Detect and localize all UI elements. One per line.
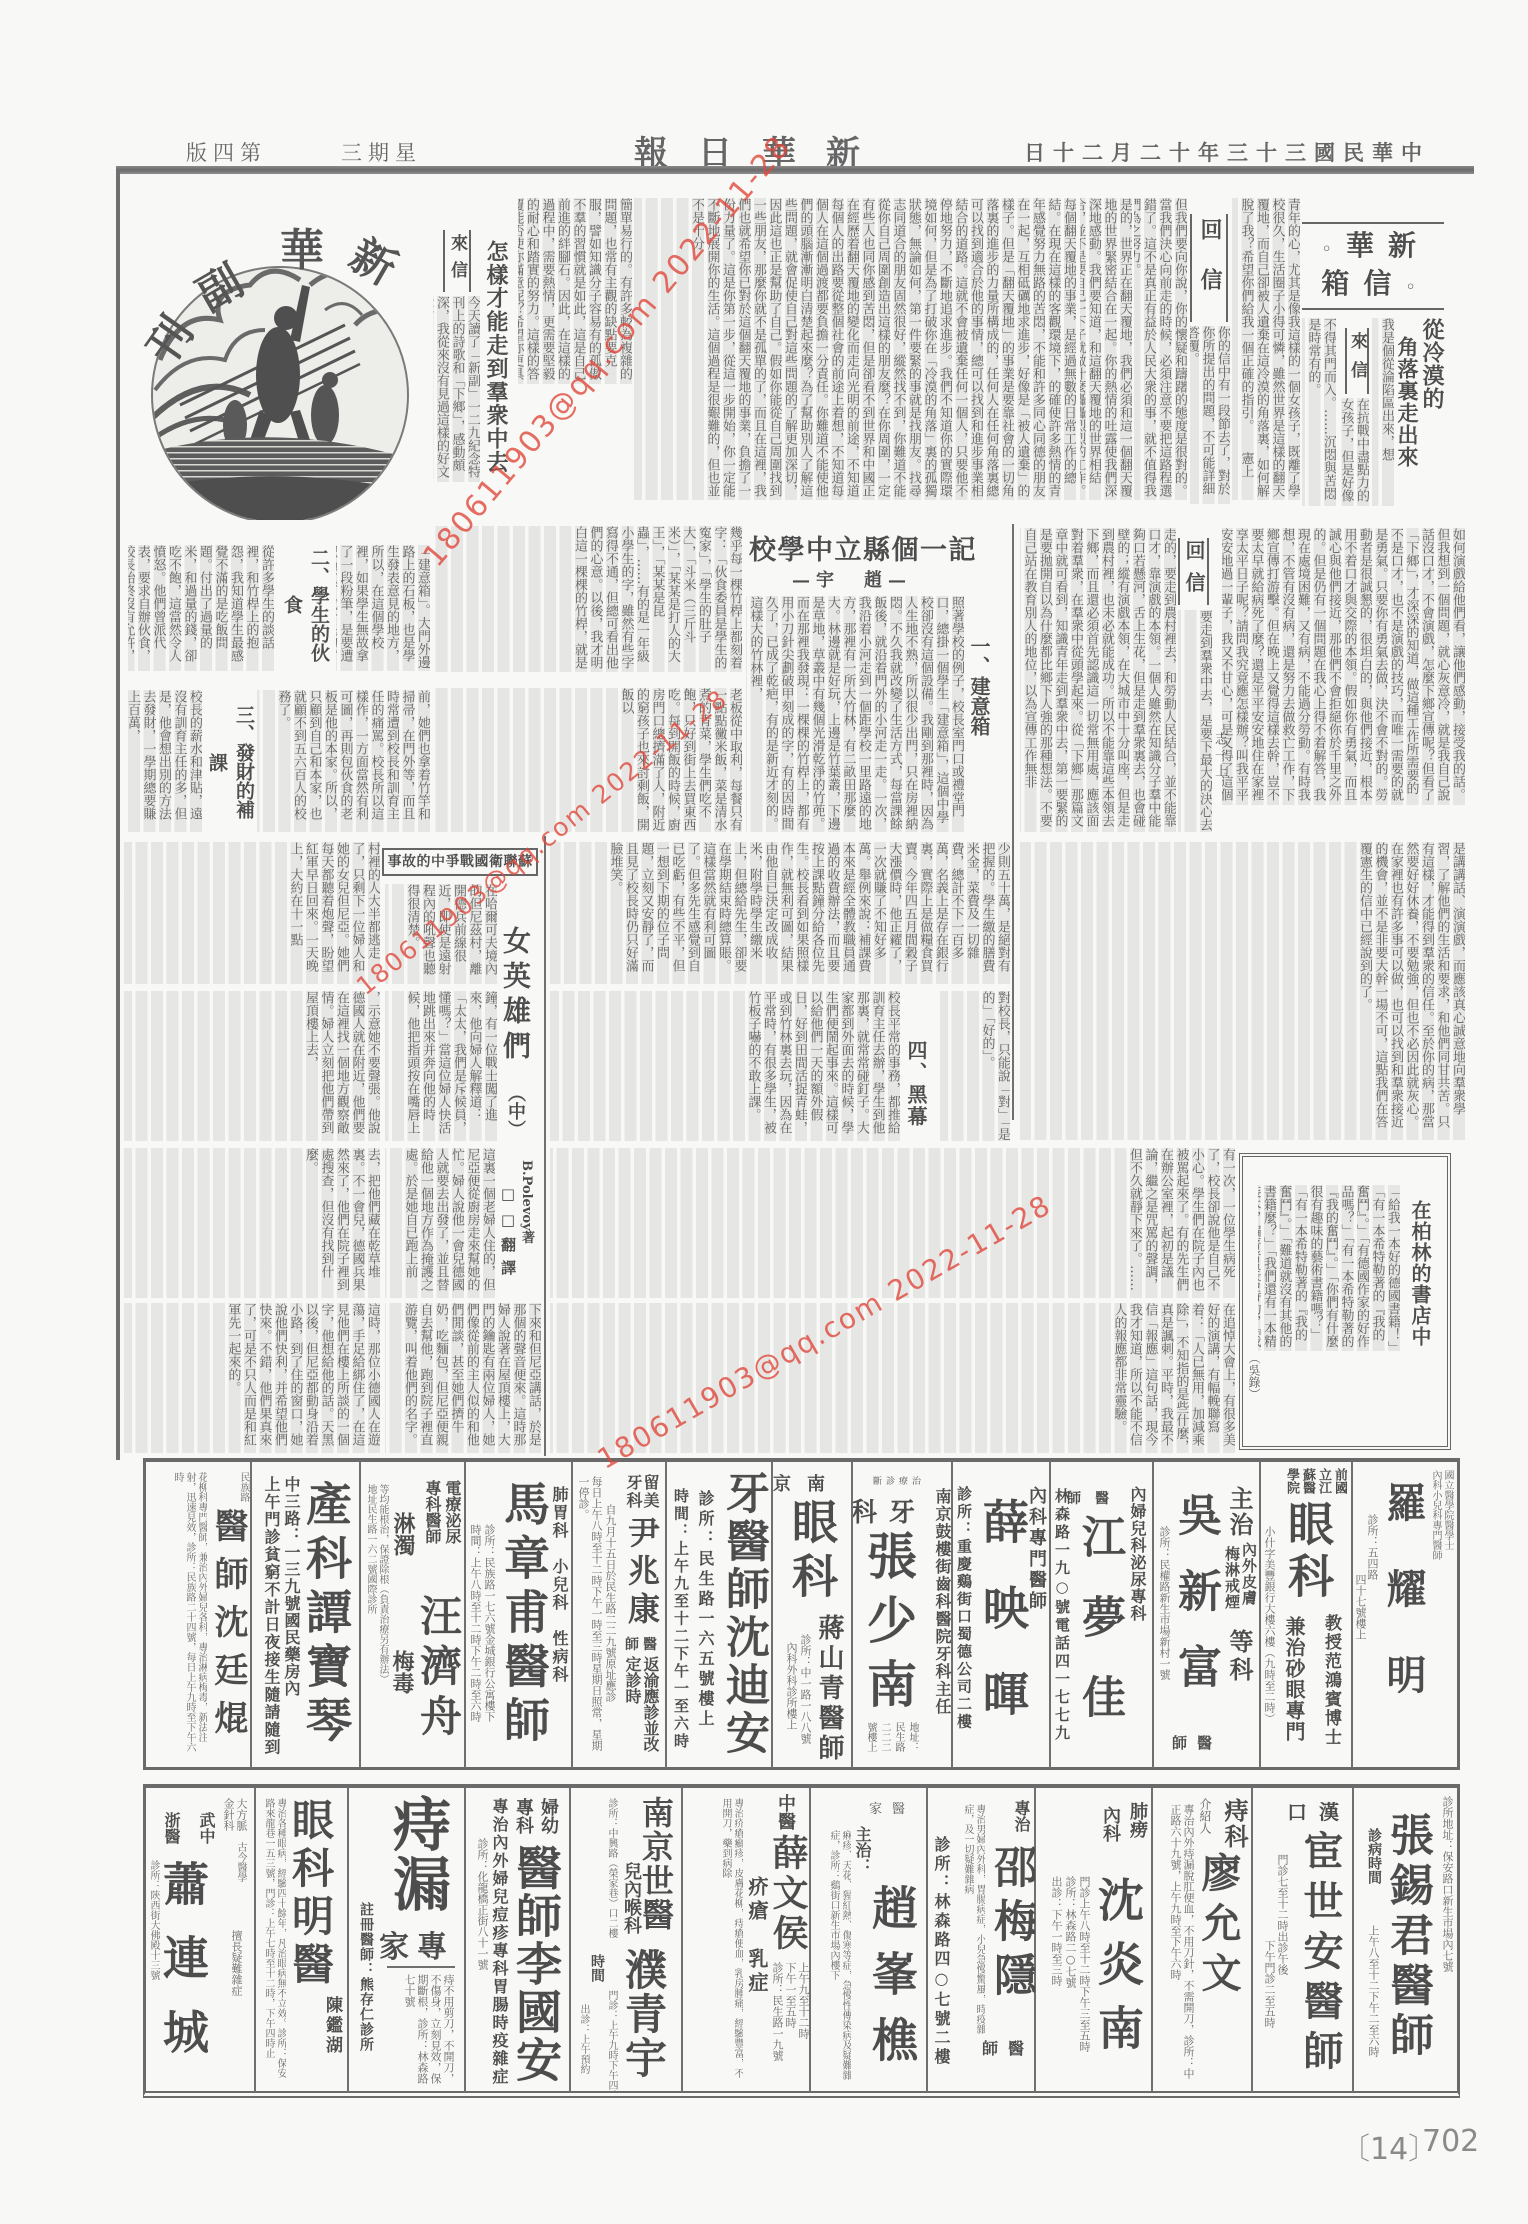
edition-label: 第四版 xyxy=(183,137,267,167)
ad-wang-jizhou: 電療泌尿 專科醫師 淋濁 汪濟舟 梅毒 等均能根治，保證除根（負責治療另有辦法）… xyxy=(361,1464,465,1766)
ad-address: 內科外科診所樓上 xyxy=(785,1642,798,1730)
ad-specialty: 主治 xyxy=(1226,1486,1252,1538)
school-article-byline: —趙 宇— xyxy=(790,566,914,592)
ad-notice: 專治疥瘡癬疹，皮膚花柳，痔瘡便血，乳房腫痛，經驗豐富，不用開刀，藥到病除 xyxy=(687,1798,743,2086)
issue-date: 中華民國三十三年十二月二十日 xyxy=(1020,137,1430,167)
school-text-block: 前，她們也拿着竹竿和掃帚，在門外等，而且時常遭到校長和訓育主任的痛罵。校長所以這… xyxy=(257,690,430,832)
ad-doctor-name: 沈炎南 xyxy=(1094,1876,1142,2068)
bookstore-title: 在柏林的書店中 xyxy=(1409,1200,1431,1347)
ad-address: 診所：陝西街大佛殿十三號 xyxy=(147,1860,159,1980)
mailbox-heading-decor: ◦ xyxy=(1321,239,1346,260)
ad-specialty-label: 主治： xyxy=(853,1826,871,1874)
ad-specialty: 專科 xyxy=(513,1798,533,1834)
weekday-label: 星期三 xyxy=(338,137,422,167)
ad-doctor-name: 醫師沈廷焜 xyxy=(210,1508,246,1748)
letter1-reply-part3: 是的，世界正在翻天覆地，我們必須和這一個翻天覆地的世界緊密結合在一起。你的熱情的… xyxy=(1080,198,1132,500)
ad-specialty: 兒內喉科 xyxy=(621,1862,641,1934)
letter2-text: 如何演戲給他們看，讓他們感動，接受我的話。但我想到一個問題，就心灰意冷，就是我自… xyxy=(1222,528,1465,805)
story-text-block: 鐘，有一位戰士闖了進來，他向婦人解釋道：「太太，我們是斥候員，懂嗎？」當這位婦人… xyxy=(385,991,497,1141)
ad-hours: 門診上午八時至十二時下午三至五時 xyxy=(1078,1876,1091,2052)
ad-li-guoan: 婦幼 專科 醫師李國安 專治內外婦兒痘疹專科胃腸時疫雜症 診所：化龍橋正街八十一… xyxy=(466,1790,570,2092)
ad-shen-tingkun: 民族路 醫師沈廷焜 花柳科專門醫師，兼治內外婦兒各科，專治淋病梅毒，新法注射，迅… xyxy=(146,1464,251,1766)
ad-specialty: 等科 xyxy=(1226,1629,1252,1685)
ad-liao-yunwen: 痔科 介紹人 廖允文 專治內外痔漏脫肛便血，不用刀針，不需開刀，診所：中正路六十… xyxy=(1153,1790,1252,2092)
ad-hemorrhoid-specialist: 痔漏 專家 註冊醫師：熊存仁診所 痔不用剪刀，不開刀，不傷身，立刻見效，保期斷根… xyxy=(349,1790,465,2092)
ad-specialty-label: 專治 xyxy=(1012,1800,1030,1832)
ad-doctor-name: 產科譚寶琴 xyxy=(302,1480,350,1750)
ad-title-prefix: 教授 xyxy=(1321,1614,1341,1652)
school-text-block: 從許多學生的談話裡，和竹桿上的抱怨，我知道學生最感覺不滿的是吃飯問題。付出了過量… xyxy=(128,545,274,671)
letter1-label: 來信 xyxy=(1345,328,1369,394)
school-text-block: 照著學校的例子，校長室門口或禮堂門口，總掛一個學生「建意箱」，這個中學校卻沒有這… xyxy=(746,596,964,832)
ad-address: 診所：中興路（榮家巷）口二樓 xyxy=(605,1798,617,1938)
letter2-title: 怎樣才能走到羣衆中去 xyxy=(482,240,510,474)
school-heading-2: 二、學生的伙食 xyxy=(276,546,332,663)
ad-specialty: 疥瘡 乳症 xyxy=(746,1876,768,1996)
ad-shen-yannan: 肺痨 內科 沈炎南 門診上午八時至十二時下午三至五時 診所：林森路二○七號 出診… xyxy=(1036,1790,1152,2092)
ad-specialty: 專科醫師 xyxy=(423,1480,441,1544)
logo-char-2: 華 xyxy=(280,225,324,276)
letter1-reply-part2: 但我們要向你說，你的懷疑和躊躇的態度是很對的。當我們決心向前走的時候，必須注意不… xyxy=(1134,198,1187,500)
ad-address: 診所：林森路二○七號 xyxy=(1064,1876,1077,1988)
ad-address: 診所：民生路一九號 xyxy=(771,1962,784,2061)
ad-address: 診所：化龍橋正街八十一號 xyxy=(476,1838,489,1970)
ad-hours: 門診七至十二時出診午後 xyxy=(1276,1854,1289,1975)
ad-hours: 時間：上午九至十二下午一至六時 xyxy=(672,1488,689,1751)
ad-city: 南京 xyxy=(787,1470,841,1496)
ad-address: 診所：林森路四○七號二樓 xyxy=(932,1836,950,2067)
mailbox-heading-bottom: 信箱 xyxy=(1321,267,1405,300)
ad-tan-baoqin: 產科譚寶琴 中三路：一三九號國民藥房內 上午門診貧窮不計日夜接生隨請隨到 xyxy=(252,1464,360,1766)
ad-doctor-name: 張錫君醫師 xyxy=(1384,1812,1430,2062)
ad-doctor-name: 張少南 xyxy=(862,1530,914,1722)
ad-specialty: 大方脈金針科 xyxy=(220,1798,248,1834)
ad-specialty: 痔科 xyxy=(1221,1798,1247,1850)
school-text-block: 幾乎每一棵竹桿上都刻着字：「伙食委員是學生的寃家」，「學生的肚子大」，「斗米（三… xyxy=(434,526,742,672)
ad-title-suffix: 博士 xyxy=(1321,1709,1341,1747)
ad-address: 診所：中一路一八八號 xyxy=(799,1634,812,1744)
ad-notice: 專治各種眼病，經驗四十餘年，凡治眼病無不立效。診所：保安路來龍巷一五三號，門診：… xyxy=(258,1798,286,2086)
school-text-block: 「建意箱」。大門外邊路上的石板，也是學生發表意見的地方，所以，在這個學校裡，如果… xyxy=(336,545,430,671)
ad-credential: 留美 xyxy=(641,1474,659,1510)
ad-doctor-name: 陳鑑湖 xyxy=(322,1996,341,2056)
ad-pu-qingyu: 南京世醫 兒內喉科 濮青宇 診所：中興路（榮家巷）口二樓 時間 門診：上午九時下… xyxy=(571,1790,682,2092)
ad-credential: 中醫 xyxy=(775,1794,795,1830)
ad-doctor-name: 江夢佳 xyxy=(1076,1514,1122,1754)
ad-fan-hongbin: 前國立江蘇醫學院 眼科 教授范鴻賓博士 兼治砂眼專門 小什字美豐銀行大樓六樓（九… xyxy=(1261,1464,1352,1766)
letter2-reply-part3: 是講講話、演演戲，而應該真心誠意地向羣衆學習，了解他們的生活和要求，和他們同甘共… xyxy=(1020,842,1465,1140)
ad-notice: 專治內外婦兒痘疹專科胃腸時疫雜症 xyxy=(490,1798,508,2086)
letter1-reply-part1: 你的信中有一段節去了，對於你所提出的問題，不可能詳細答覆。 xyxy=(1190,326,1230,504)
ad-credential: 南京世醫 xyxy=(639,1796,673,1932)
ad-specialty: 梅毒 xyxy=(390,1650,414,1694)
ad-hours: 門診：上午九時下午四時 xyxy=(605,1990,617,2092)
ad-specialty: 眼科明醫 xyxy=(288,1798,332,1990)
letter2-reply-label: 回信 xyxy=(1178,538,1209,605)
ad-hours: 出診：上午預約 xyxy=(577,2004,589,2074)
ad-chen-jianhu: 眼科明醫 陳鑑湖 專治各種眼病，經驗四十餘年，凡治眼病無不立效。診所：保安路來龍… xyxy=(256,1790,348,2092)
ad-doctor-name: 濮青宇 xyxy=(621,1948,665,2080)
ad-doctor-name: 邵梅隱 xyxy=(988,1844,1034,2006)
ad-doctor-name: 薛映暉 xyxy=(979,1498,1027,1756)
ad-doctor-name: 汪濟舟 xyxy=(416,1594,460,1744)
ad-specialty: 專家 xyxy=(387,1922,455,1966)
ad-jiang-mengjia: 醫師 內婦兒科泌尿專科 江夢佳 林森路一九○號電話四一七七九 xyxy=(1051,1464,1153,1766)
school-heading-4: 四、黑幕 xyxy=(904,1040,928,1128)
ad-specialty: 淋濁 xyxy=(391,1512,415,1556)
ad-hours-label: 診病時間 xyxy=(1366,1828,1382,1884)
ad-wu-xinfu: 主治 內外皮膚 梅淋戒煙 等科 吳新富 醫師 診所：民權路新生市場新村一號 xyxy=(1154,1464,1260,1766)
school-text-block: 對校長，只能說「對」「是的」「好的」。 xyxy=(940,991,1010,1141)
ad-rule xyxy=(387,1966,455,1968)
bookstore-box: 在柏林的書店中 「給我一本好的德國書籍！」「有一本希特勒著的『我的奮鬥』。」「有… xyxy=(1239,1153,1451,1450)
ad-address: 診所：民權路新生市場新村一號 xyxy=(1158,1526,1171,1680)
ad-doctor-name: 尹兆康 xyxy=(625,1516,659,1630)
ad-hours: 每日上午八時至十二時下午一時至三時星期日照常，星期一停診。 xyxy=(577,1476,603,1756)
ad-tagline: 治療診斷 xyxy=(873,1474,925,1487)
ad-zhao-fengqiao: 醫家 主治： 趙峯樵 痳疹、天花、猩紅熱、傷寒等症，急慢性傳染病及疑難雜症，診所… xyxy=(811,1790,927,2092)
ad-credential: 武中 xyxy=(197,1812,215,1844)
ad-specialty: 兼治砂眼專門 xyxy=(1283,1616,1305,1742)
ad-zhang-xijun: 診所地址：保安路口新生市場內七號 張錫君醫師 診病時間 上午八至十二下午二至六時 xyxy=(1354,1790,1457,2092)
ad-specialty: 電療泌尿 xyxy=(443,1480,461,1544)
ad-xue-wenhou: 中醫 薛文侯 上午九至十二時 下午一至五時 診所：民生路一九號 疥瘡 乳症 專治… xyxy=(683,1790,810,2092)
ad-tagline: 古今醫學 xyxy=(234,1842,246,1882)
ad-notice: 自九月十五日於民生路二二九號原址應診 xyxy=(604,1504,617,1702)
school-article-title: 記一個縣立中學校 xyxy=(745,528,977,567)
ad-zhang-shaonan: 治療診斷 牙科 張少南 南京鼓樓街齒科醫院牙科主任 地址：民生路二二二號樓上 xyxy=(853,1464,952,1766)
ad-doctor-name: 范鴻賓 xyxy=(1321,1652,1341,1709)
ad-credential: 國立醫學院醫學士 xyxy=(1441,1470,1453,1550)
ad-doctor-name: 蕭連城 xyxy=(159,1860,207,2082)
ad-jiang-shanqing: 南京 眼科 蔣山青醫師 診所：中一路一八八號 內科外科診所樓上 xyxy=(773,1464,852,1766)
ad-hours: 出診：下午一時至三時 xyxy=(1050,1876,1063,1986)
ad-address: 中三路：一三九號國民藥房內 xyxy=(282,1476,300,1697)
ad-address: 民族路 xyxy=(237,1472,249,1502)
ad-xue-yinghui: 內科專門醫師 薛映暉 診所：重慶鷄街口蜀德公司二樓 xyxy=(953,1464,1050,1766)
ad-specialty: 肺痨 xyxy=(1127,1802,1147,1838)
ad-specialty: 內科 xyxy=(1100,1806,1120,1842)
story-translator: □□翻譯 xyxy=(499,1185,516,1283)
ad-referrer-label: 介紹人 xyxy=(1198,1798,1212,1834)
ad-hours-label: 時間 xyxy=(589,1954,605,1982)
mailbox-heading-row2: ◦信箱 xyxy=(1321,268,1430,304)
ad-title: 醫師 xyxy=(990,2036,1034,2059)
ad-hours: 時間：上午八時至十二時下午二時至六時 xyxy=(469,1524,482,1722)
ad-doctor-name: 羅耀明 xyxy=(1382,1482,1424,1740)
ad-credential: 前國立江蘇醫學院 xyxy=(1283,1468,1347,1496)
newspaper-page: 第四版 星期三 新華日報 中華民國三十三年十二月二十日 xyxy=(0,0,1528,2224)
letter2-intro: 今天讀了「新副」一二九紀念特刊上的詩歌和「下鄉」，感動頗深，我從來沒有見過這樣的… xyxy=(433,296,480,482)
ad-specialty: 眼科 xyxy=(1284,1500,1332,1604)
letter1-text-part3: 不得其門而入。……沉悶與苦悶是時常有的。 xyxy=(1302,318,1336,506)
column-rule xyxy=(544,836,546,1456)
ad-specialty: 肺胃科 小兒科 性病科 xyxy=(550,1486,568,1684)
letter1-text-part1: 我是個從淪陷區出來，想 xyxy=(1372,318,1394,506)
story-part: （中） xyxy=(505,1084,525,1138)
story-text-block: 這時，那位小德國人在遊蕩，手足給綁住了，在這見他們在樓上所談的一個字，他想給他的… xyxy=(124,1303,380,1453)
ad-doctor-name: 牙醫師沈迪安 xyxy=(720,1470,766,1758)
ad-specialty: 牙科 xyxy=(624,1474,642,1510)
mailbox-heading-row1: 新華◦ xyxy=(1321,230,1430,266)
ad-title: 醫師 xyxy=(625,1634,661,1654)
ad-notice: 返渝應診並改定診時 xyxy=(623,1656,659,1756)
letter2-reply-part2: 走的，要走到農村裡去，和勞動人民結合，並不能靠口才，靠演戲的本領。一個人雖然在知… xyxy=(1020,528,1176,832)
ad-doctor-name: 薛文侯 xyxy=(769,1834,807,1954)
ad-notice: 痔不用剪刀，不開刀，不傷身，立刻見效，保期斷根，診所：林森路七十號 xyxy=(387,1974,455,2084)
ad-address: 診所：重慶鷄街口蜀德公司二樓 xyxy=(955,1486,972,1731)
bookstore-text: 「給我一本好的德國書籍！」「有一本希特勒著的『我的奮鬥』。」「有德國作家的好作品… xyxy=(1258,1185,1400,1351)
letter2-label: 來信 xyxy=(443,230,471,292)
ad-specialty: 婦幼 xyxy=(538,1798,558,1834)
ad-shao-meiyin: 專治 邵梅隱 醫師 專治男婦內外科，胃腸病症，小兒急慢驚風，時疫雜症，及一切疑難… xyxy=(928,1790,1035,2092)
letter2-reply-part1: 要走到羣衆中去，是要下最大的決心去 xyxy=(1178,610,1212,832)
ad-credential: 南京鼓樓街齒科醫院牙科主任 xyxy=(933,1488,951,1716)
ad-hours: 下午一至五時 xyxy=(784,1962,797,2028)
school-heading-1: 一、建意箱 xyxy=(968,636,990,736)
school-text-block: 校長的薪水和津貼，遠沒有訓育主任的多，但是，他會想出別的方法去發財，一學期總要賺… xyxy=(128,690,202,832)
story-text-block: 這裏一個老婦人住的，但尼亞便從廚房走來幫她的忙。婦人說他一會兒德國人就要去出發了… xyxy=(385,1148,495,1298)
story-text-block: 去，把他們藏在乾草堆裏。不一會兒，德國兵果然來了，他們在院子裡到處搜查，但沒有找… xyxy=(124,1148,380,1298)
mailbox-heading-decor: ◦ xyxy=(1405,277,1430,298)
supplement-logo: 刊 副 華 新 xyxy=(140,190,430,520)
letter1-reply-label: 回信 xyxy=(1190,214,1228,322)
ad-address: 林森路一九○號電話四一七七九 xyxy=(1053,1488,1070,1743)
school-text-block: 少則五十萬，是絕對有把握的。學生繳的膳費米金，菜費及一切雜費，總計不下一百多萬，… xyxy=(550,842,1010,984)
letter1-text-part2: 在抗戰中盡點力的女孩子，但是好像 xyxy=(1338,398,1369,506)
ad-address: 地址：民生路二二二號樓上 xyxy=(861,1722,919,1756)
school-heading-3: 三、發財的補課 xyxy=(203,703,257,821)
ad-notice: 上午門診貧窮不計日夜接生隨請隨到 xyxy=(262,1476,280,1756)
ad-notice: 專治內外痔漏脫肛便血，不用刀針，不需開刀，診所：中正路六十九號，上午九時至下午六… xyxy=(1157,1804,1195,2084)
ad-luo-yaoming: 國立醫學院醫學士 內科小兒科專門醫師 羅耀明 診所：五四路 四十七號樓上 xyxy=(1353,1464,1457,1766)
ad-title: 醫師 xyxy=(1079,1488,1123,1508)
school-text-block: 校長平常的事務，都推給訓育主任去辦，學生到他那裏，就常常碰釘子。大家都到外面去的… xyxy=(550,991,900,1141)
page-number: 702 xyxy=(1422,2124,1479,2159)
ad-shen-dian: 牙醫師沈迪安 診所：民生路一六五號樓上 時間：上午九至十二下午一至六時 xyxy=(667,1464,772,1766)
ad-doctor-name: 醫師李國安 xyxy=(512,1844,560,2084)
column-rule xyxy=(1012,524,1014,1120)
mailbox-heading-box: 新華◦ ◦信箱 xyxy=(1302,222,1444,310)
letter2-signature: 志一上 xyxy=(1212,732,1227,780)
ad-hours: 上午九至十二時 xyxy=(797,1962,810,2039)
ad-title: 醫師 xyxy=(1176,1732,1222,1753)
ad-doctor-name: 吳新富 xyxy=(1172,1492,1218,1720)
ad-address: 小什字美豐銀行大樓六樓（九時至二時） xyxy=(1263,1526,1276,1724)
letter1-title-col2: 角落裏走出來 xyxy=(1395,336,1419,468)
ad-huan-shian: 漢口 宦世安醫師 門診七至十二時出診午後 下午門診二至五時 xyxy=(1253,1790,1352,2092)
ad-address: 診所地址：保安路口新生市場內七號 xyxy=(1441,1796,1454,1972)
ad-address: 四十七號樓上 xyxy=(1354,1574,1367,1640)
ad-doctor-name: 馬章甫醫師 xyxy=(500,1480,548,1750)
mailbox-heading-top: 新華 xyxy=(1346,229,1430,262)
letter1-text-part4: 青年的心，尤其是像我這樣的一個女孩子，既離了學校很久，生活圈子小得可憐，雖然世界… xyxy=(1232,198,1300,500)
ad-address: 地址民生路一六二號國際診所 xyxy=(364,1484,376,1614)
ad-tagline: 醫家 xyxy=(875,1798,915,1817)
ad-doctor-name: 宦世安醫師 xyxy=(1299,1830,1341,2080)
letter1-title-col1: 從冷漠的 xyxy=(1420,318,1444,410)
ad-doctor-name: 廖允文 xyxy=(1197,1852,1239,2002)
story-author: B.Polevoy著 xyxy=(518,1160,534,1244)
ad-doctor-name: 註冊醫師：熊存仁診所 xyxy=(358,1902,374,2052)
ad-specialty: 牙科 xyxy=(861,1492,927,1529)
ad-specialty: 內婦兒科泌尿專科 xyxy=(1128,1486,1146,1622)
ad-notice: 等均能根治，保證除根（負責治療另有辦法） xyxy=(376,1484,388,1684)
story-text-block: ，示意她不要聲張。他說德國人就在附近，他們要在這裡找一個地方觀察敵情。婦人立刻把… xyxy=(124,991,380,1141)
ad-credential: 浙醫 xyxy=(162,1812,180,1844)
ad-specialty: 眼科 xyxy=(788,1498,836,1606)
ad-doctor-name-line: 教授范鴻賓博士 xyxy=(1321,1614,1340,1747)
bookstore-credit: （吳錄） xyxy=(1247,1352,1261,1400)
ad-doctor-name: 趙峯樵 xyxy=(868,1884,916,2082)
ad-specialty: 擅長疑難雜症 xyxy=(230,1930,243,1996)
ad-address: 診所：民族路一七六號金城銀行公寓樓下 xyxy=(483,1524,496,1722)
ad-specialty: 內外皮膚 xyxy=(1240,1542,1257,1606)
ad-doctor-name: 蔣山青醫師 xyxy=(815,1614,843,1764)
story-text-block: 下來和但尼亞講話，於是那個的聲音便來。這時那婦人說著在屋頂樓上，大門的鑰匙有兩位… xyxy=(385,1303,541,1453)
left-border-rule xyxy=(116,170,120,1460)
ad-address: 診所：五四路 xyxy=(1366,1514,1379,1580)
logo-char-1: 新 xyxy=(341,229,405,295)
ad-specialty: 痔漏 xyxy=(387,1794,447,1914)
story-text-block: 村裡的人大半都逃走了，只剩下一位婦人和她的女兒但尼亞。她們每天都聽着炮聲，盼望紅… xyxy=(124,842,380,984)
ad-address: 診所：民生路一六五號樓上 xyxy=(696,1490,714,1730)
ad-notice: 專治男婦內外科，胃腸病症，小兒急慢驚風，時疫雜症，及一切疑難雜病 xyxy=(955,1804,985,2034)
ad-yin-zhaokang: 留美 牙科 尹兆康 醫師 返渝應診並改定診時 自九月十五日於民生路二二九號原址應… xyxy=(573,1464,666,1766)
header-rule xyxy=(116,166,1474,174)
ad-notice: 痳疹、天花、猩紅熱、傷寒等症，急慢性傳染病及疑難雜症，診所：鷄街口新生市場內樓下 xyxy=(813,1830,851,2085)
ad-hours: 上午八至十二下午二至六時 xyxy=(1367,1925,1380,2057)
ad-ma-zhangfu: 肺胃科 小兒科 性病科 馬章甫醫師 診所：民族路一七六號金城銀行公寓樓下 時間：… xyxy=(466,1464,572,1766)
story-title: 女英雄們 xyxy=(499,926,531,1066)
ad-specialty: 內科小兒科專門醫師 xyxy=(1429,1470,1441,1560)
ad-specialty: 梅淋戒煙 xyxy=(1223,1546,1240,1610)
ad-city: 漢口 xyxy=(1295,1796,1351,1825)
ad-xiao-liancheng: 大方脈金針科 武中 浙醫 古今醫學 蕭連城 擅長疑難雜症 診所：陝西街大佛殿十三… xyxy=(146,1790,255,2092)
ad-notice: 花柳科專門醫師，兼治內外婦兒各科，專治淋病梅毒，新法注射，迅速見效，診所：民族路… xyxy=(149,1472,207,1760)
ad-hours: 下午門診二至五時 xyxy=(1263,1940,1276,2028)
